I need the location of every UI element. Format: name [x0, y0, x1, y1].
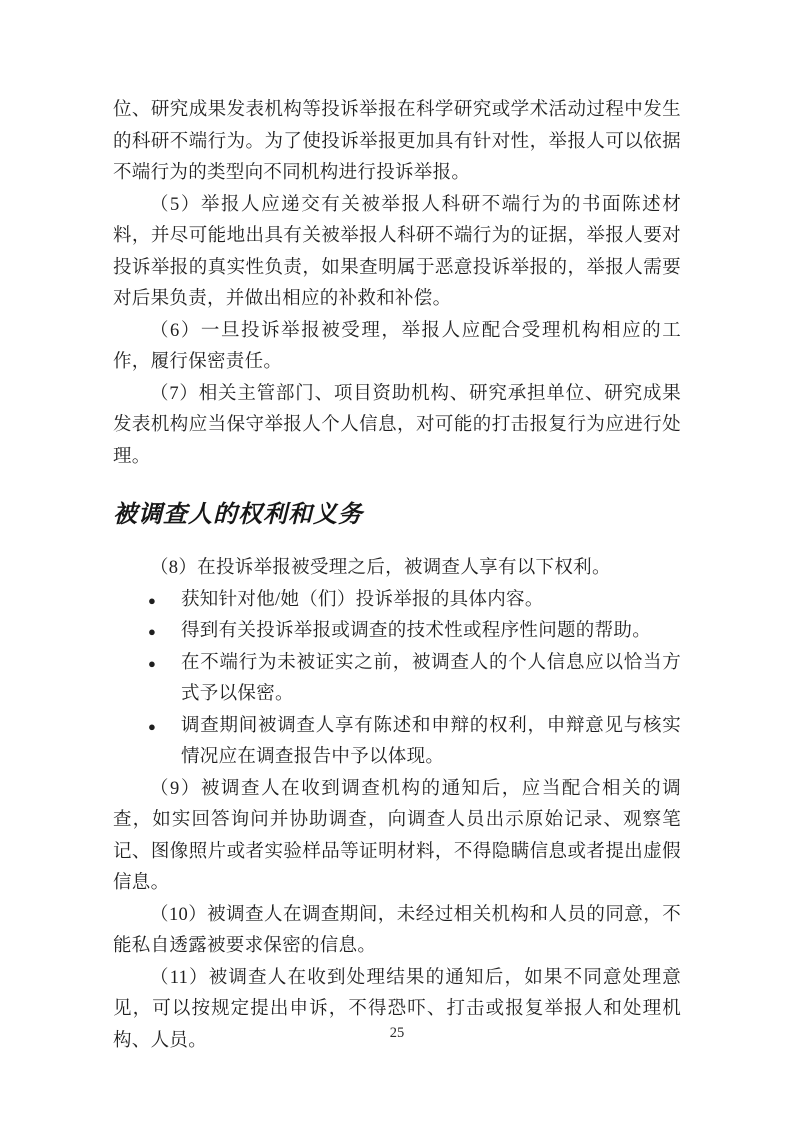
page-body: 位、研究成果发表机构等投诉举报在科学研究或学术活动过程中发生的科研不端行为。为了… [113, 95, 681, 1057]
paragraph-6: （6）一旦投诉举报被受理，举报人应配合受理机构相应的工作，履行保密责任。 [113, 316, 681, 379]
document-page: 位、研究成果发表机构等投诉举报在科学研究或学术活动过程中发生的科研不端行为。为了… [0, 0, 794, 1123]
list-item: ● 调查期间被调查人享有陈述和申辩的权利，申辩意见与核实情况应在调查报告中予以体… [148, 711, 681, 774]
paragraph-7: （7）相关主管部门、项目资助机构、研究承担单位、研究成果发表机构应当保守举报人个… [113, 379, 681, 474]
bullet-text: 获知针对他/她（们）投诉举报的具体内容。 [181, 585, 681, 617]
list-item: ● 得到有关投诉举报或调查的技术性或程序性问题的帮助。 [148, 616, 681, 648]
bullet-text: 在不端行为未被证实之前，被调查人的个人信息应以恰当方式予以保密。 [181, 648, 681, 711]
section-heading: 被调查人的权利和义务 [113, 498, 681, 532]
paragraph-continuation: 位、研究成果发表机构等投诉举报在科学研究或学术活动过程中发生的科研不端行为。为了… [113, 95, 681, 190]
bullet-icon: ● [148, 648, 181, 680]
bullet-text: 调查期间被调查人享有陈述和申辩的权利，申辩意见与核实情况应在调查报告中予以体现。 [181, 711, 681, 774]
paragraph-5: （5）举报人应递交有关被举报人科研不端行为的书面陈述材料，并尽可能地出具有关被举… [113, 190, 681, 316]
bullet-icon: ● [148, 616, 181, 648]
bullet-icon: ● [148, 711, 181, 743]
page-number: 25 [0, 1024, 794, 1042]
bullet-text: 得到有关投诉举报或调查的技术性或程序性问题的帮助。 [181, 616, 681, 648]
rights-bullet-list: ● 获知针对他/她（们）投诉举报的具体内容。 ● 得到有关投诉举报或调查的技术性… [113, 585, 681, 774]
paragraph-8: （8）在投诉举报被受理之后，被调查人享有以下权利。 [113, 553, 681, 585]
paragraph-10: （10）被调查人在调查期间，未经过相关机构和人员的同意，不能私自透露被要求保密的… [113, 900, 681, 963]
bullet-icon: ● [148, 585, 181, 617]
list-item: ● 在不端行为未被证实之前，被调查人的个人信息应以恰当方式予以保密。 [148, 648, 681, 711]
list-item: ● 获知针对他/她（们）投诉举报的具体内容。 [148, 585, 681, 617]
paragraph-9: （9）被调查人在收到调查机构的通知后，应当配合相关的调查，如实回答询问并协助调查… [113, 774, 681, 900]
paragraph-11: （11）被调查人在收到处理结果的通知后，如果不同意处理意见，可以按规定提出申诉，… [113, 963, 681, 1058]
